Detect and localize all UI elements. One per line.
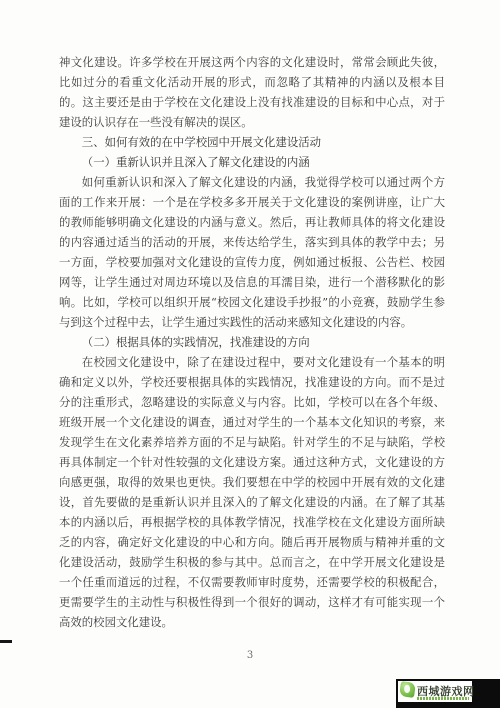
scan-artifact: [0, 640, 12, 643]
paragraph: 如何重新认识和深入了解文化建设的内涵，我觉得学校可以通过两个方面的工作来开展：一…: [59, 172, 445, 332]
document-text: 神文化建设。许多学校在开展这两个内容的文化建设时，常常会顾此失彼，比如过分的看重…: [59, 52, 445, 632]
paragraph: 神文化建设。许多学校在开展这两个内容的文化建设时，常常会顾此失彼，比如过分的看重…: [59, 52, 445, 132]
watermark-badge: 西城游戏网: [396, 679, 500, 708]
document-page: 神文化建设。许多学校在开展这两个内容的文化建设时，常常会顾此失彼，比如过分的看重…: [0, 0, 500, 708]
section-heading: 三、如何有效的在中学校园中开展文化建设活动: [59, 132, 445, 152]
watermark-logo-icon: [399, 681, 416, 698]
paragraph: 在校园文化建设中，除了在建设过程中，要对文化建设有一个基本的明确和定义以外，学校…: [59, 352, 445, 632]
watermark-caption: [417, 697, 469, 700]
section-heading: （一）重新认识并且深入了解文化建设的内涵: [59, 152, 445, 172]
section-heading: （二）根据具体的实践情况，找准建设的方向: [59, 332, 445, 352]
watermark-chip: 西城游戏网: [398, 681, 472, 702]
page-number: 3: [0, 650, 500, 661]
